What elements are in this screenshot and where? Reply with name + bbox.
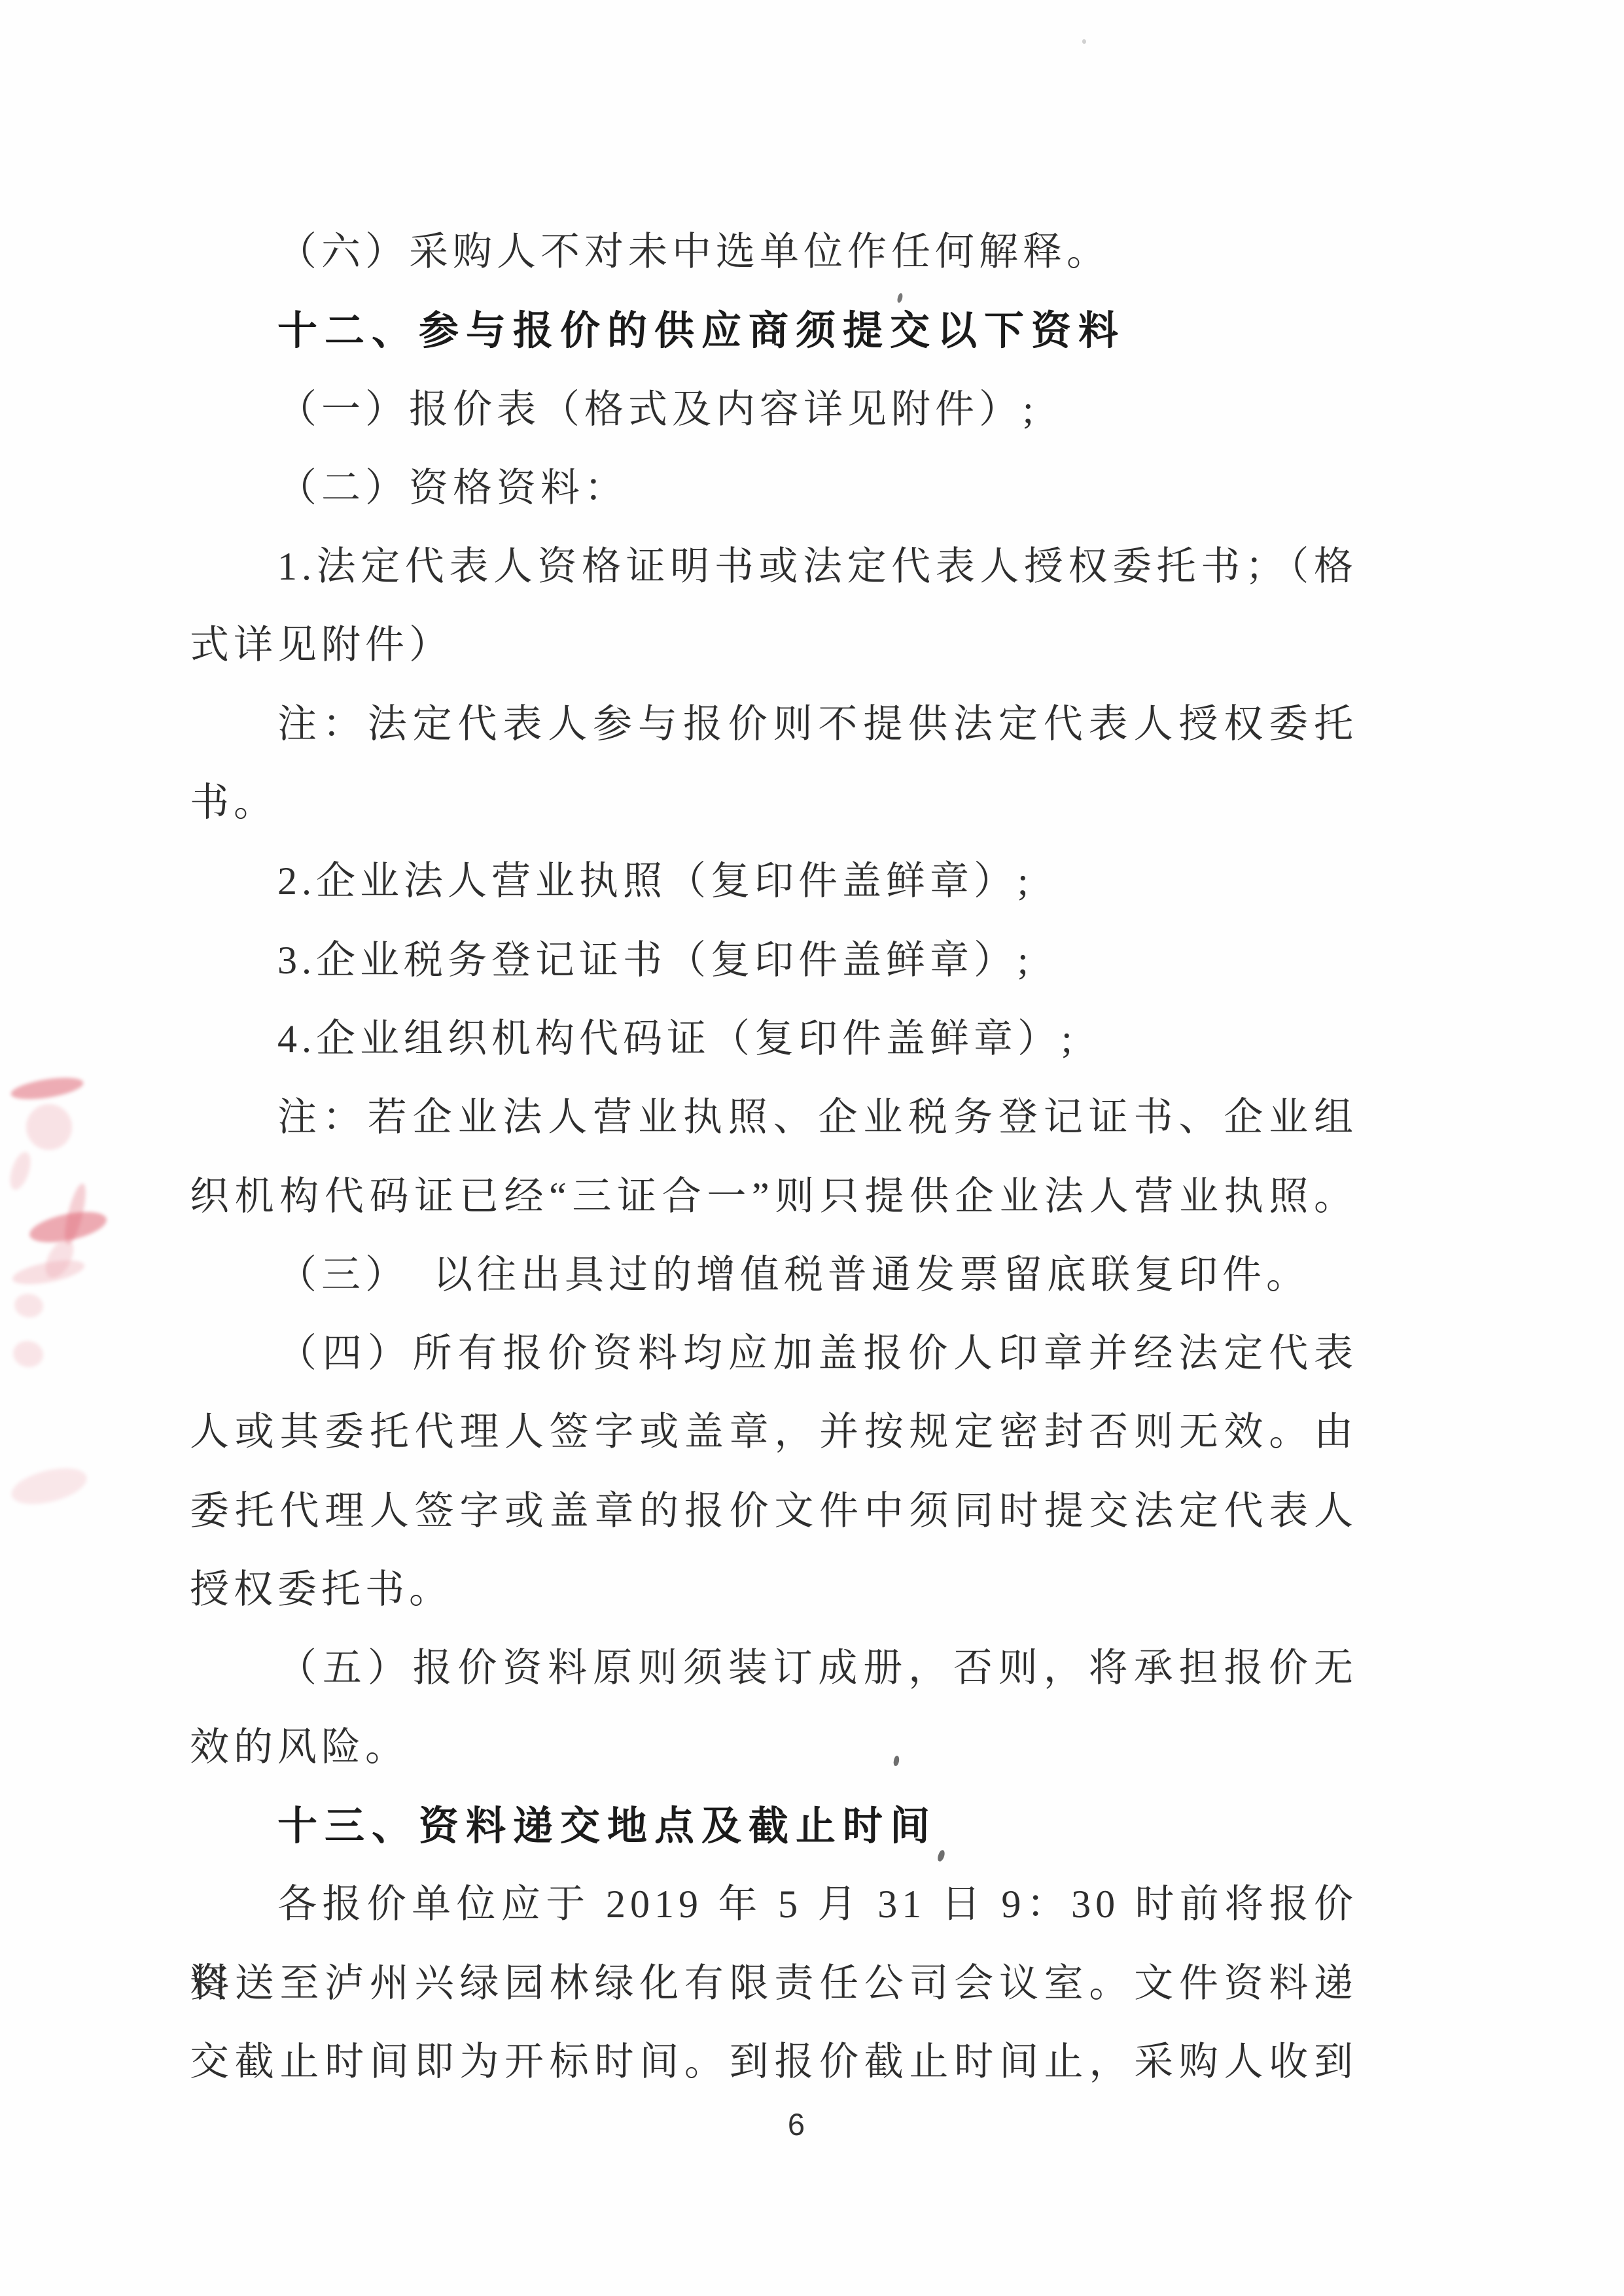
red-stamp-fragment xyxy=(13,1292,45,1319)
text-line: 织机构代码证已经“三证合一”则只提供企业法人营业执照。 xyxy=(190,1157,1358,1236)
text-line: 人或其委托代理人签字或盖章，并按规定密封否则无效。由 xyxy=(190,1393,1358,1471)
text-line: （四）所有报价资料均应加盖报价人印章并经法定代表 xyxy=(190,1314,1358,1393)
document-text: （六）采购人不对未中选单位作任何解释。十二、参与报价的供应商须提交以下资料（一）… xyxy=(190,213,1358,2101)
text-line: 交截止时间即为开标时间。到报价截止时间止，采购人收到 xyxy=(190,2023,1358,2101)
text-line: 1.法定代表人资格证明书或法定代表人授权委托书；（格 xyxy=(190,527,1358,606)
text-line: 3.企业税务登记证书（复印件盖鲜章）; xyxy=(190,921,1358,1000)
red-stamp-fragment xyxy=(18,1096,80,1158)
section-heading: 十三、资料递交地点及截止时间 xyxy=(190,1786,1358,1865)
text-line: 注：法定代表人参与报价则不提供法定代表人授权委托 xyxy=(190,685,1358,763)
red-stamp-fragment xyxy=(9,1073,84,1103)
text-line: 效的风险。 xyxy=(190,1708,1358,1786)
text-line: （六）采购人不对未中选单位作任何解释。 xyxy=(190,213,1358,291)
text-line: （五）报价资料原则须装订成册，否则，将承担报价无 xyxy=(190,1629,1358,1707)
scanned-document-page: { "doc": { "language": "zh-CN", "page_nu… xyxy=(0,0,1624,2296)
text-line: 各报价单位应于 2019 年 5 月 31 日 9：30 时前将报价资 xyxy=(190,1865,1358,1943)
red-stamp-fragment xyxy=(40,1235,79,1282)
red-stamp-fragment xyxy=(10,1338,45,1370)
red-stamp-fragment xyxy=(61,1182,90,1246)
red-stamp-fragment xyxy=(10,1256,86,1289)
text-line: 料送至泸州兴绿园林绿化有限责任公司会议室。文件资料递 xyxy=(190,1944,1358,2023)
text-line: 书。 xyxy=(190,763,1358,842)
text-line: 委托代理人签字或盖章的报价文件中须同时提交法定代表人 xyxy=(190,1472,1358,1550)
red-stamp-fragment xyxy=(27,1206,109,1248)
text-line: 注：若企业法人营业执照、企业税务登记证书、企业组 xyxy=(190,1078,1358,1157)
text-line: （一）报价表（格式及内容详见附件）; xyxy=(190,370,1358,449)
red-stamp-fragment xyxy=(6,1149,34,1192)
text-line: 4.企业组织机构代码证（复印件盖鲜章）; xyxy=(190,1000,1358,1078)
text-line: 授权委托书。 xyxy=(190,1550,1358,1629)
text-line: 式详见附件） xyxy=(190,606,1358,684)
page-background: （六）采购人不对未中选单位作任何解释。十二、参与报价的供应商须提交以下资料（一）… xyxy=(0,0,1624,2296)
text-line: （二）资格资料： xyxy=(190,449,1358,527)
section-heading: 十二、参与报价的供应商须提交以下资料 xyxy=(190,291,1358,370)
ink-speck xyxy=(1082,39,1086,44)
text-line: （三） 以往出具过的增值税普通发票留底联复印件。 xyxy=(190,1236,1358,1314)
red-stamp-fragment xyxy=(8,1461,90,1510)
page-number: 6 xyxy=(772,2105,821,2144)
text-line: 2.企业法人营业执照（复印件盖鲜章）; xyxy=(190,842,1358,920)
